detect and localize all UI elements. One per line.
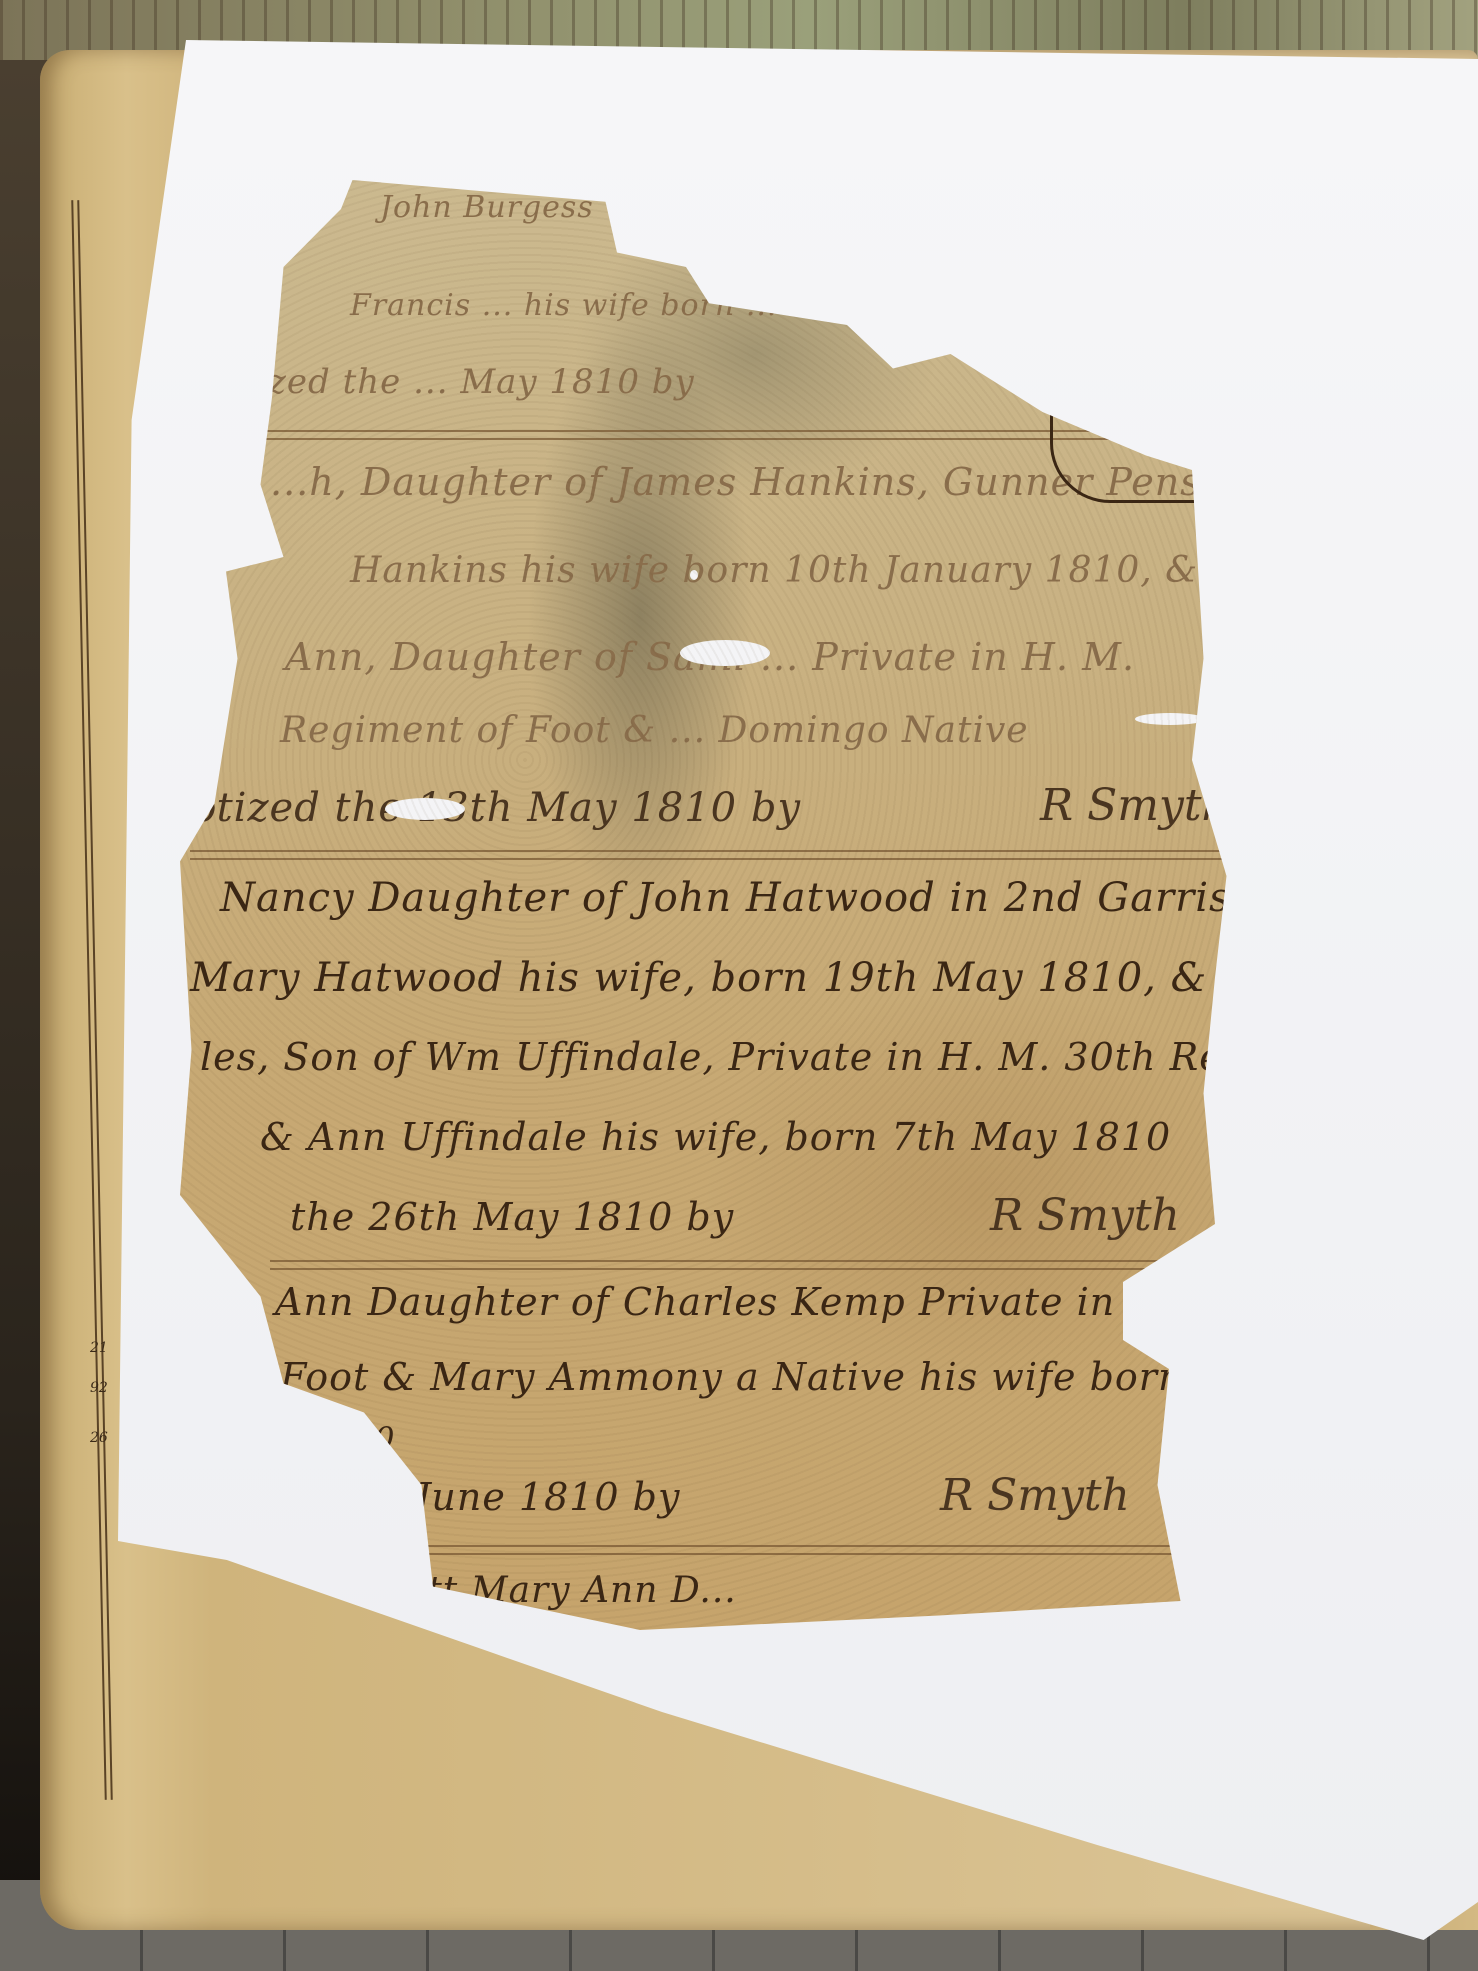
entry-line: les, Son of Wm Uffindale, Private in H. …	[200, 1035, 1287, 1079]
ruled-line	[270, 1260, 1270, 1262]
signature: R Smyth	[940, 1470, 1130, 1521]
entry-line: Regiment of Foot & ... Domingo Native	[280, 710, 1029, 751]
ruled-line	[380, 1545, 1280, 1547]
entry-line: Foot & Mary Ammony a Native his wife bor…	[280, 1355, 1183, 1399]
ruled-line	[380, 1553, 1280, 1555]
entry-line: Hankins his wife born 10th January 1810,…	[350, 550, 1198, 591]
paper-hole	[690, 570, 698, 580]
entry-line: ...h, Daughter of James Hankins, Gunner …	[270, 460, 1302, 504]
entry-line: Ann, Daughter of Saml ... Private in H. …	[285, 635, 1135, 679]
edge-number: 26	[90, 1430, 108, 1446]
entry-line: Mary Hatwood his wife, born 19th May 181…	[190, 955, 1207, 1001]
page-edge-line	[77, 200, 113, 1800]
page-edge-line	[71, 200, 107, 1800]
entry-line: zed the ... May 1810 by	[268, 362, 695, 402]
edge-number: 21	[90, 1340, 108, 1356]
ruled-line	[190, 858, 1270, 860]
paper-hole	[680, 640, 770, 666]
edge-number: 92	[90, 1380, 108, 1396]
entry-line: Ann Daughter of Charles Kemp Private in …	[275, 1280, 1176, 1324]
ruled-line	[270, 1268, 1270, 1270]
entry-line: ptized the 13th May 1810 by	[190, 785, 801, 831]
ruled-line	[190, 850, 1270, 852]
signature: R Smyth	[990, 1190, 1180, 1241]
entry-line: & Ann Uffindale his wife, born 7th May 1…	[260, 1115, 1171, 1159]
paper-hole	[1135, 713, 1205, 725]
entry-line: the 26th May 1810 by	[290, 1195, 734, 1239]
paper-hole	[385, 798, 465, 820]
